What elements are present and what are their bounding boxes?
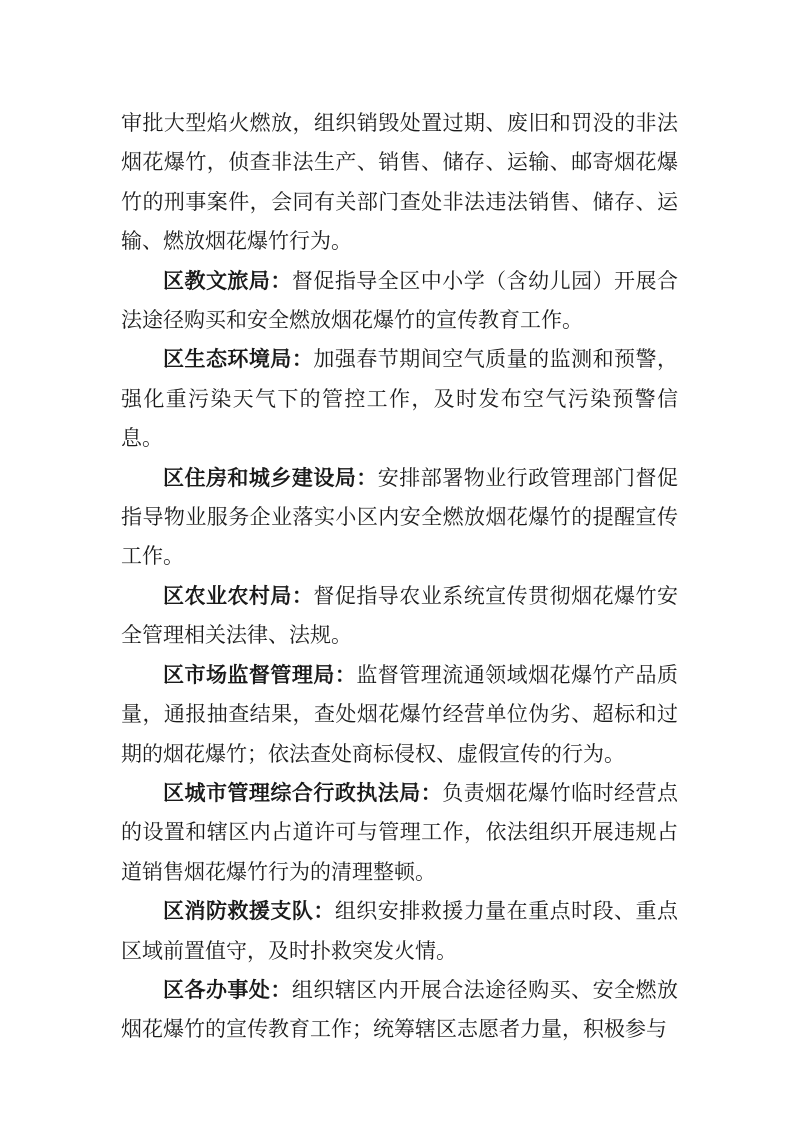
dept-label: 区城市管理综合行政执法局： [163, 781, 442, 805]
paragraph-fire-rescue-brigade: 区消防救援支队：组织安排救援力量在重点时段、重点区域前置值守，及时扑救突发火情。 [121, 892, 678, 971]
dept-label: 区各办事处： [163, 978, 292, 1002]
document-page: 审批大型焰火燃放，组织销毁处置过期、废旧和罚没的非法烟花爆竹，侦查非法生产、销售… [0, 0, 793, 1122]
paragraph-housing-urban-rural-bureau: 区住房和城乡建设局：安排部署物业行政管理部门督促指导物业服务企业落实小区内安全燃… [121, 459, 678, 577]
paragraph-sub-district-offices: 区各办事处：组织辖区内开展合法途径购买、安全燃放烟花爆竹的宣传教育工作；统筹辖区… [121, 971, 678, 1050]
paragraph-text: 审批大型焰火燃放，组织销毁处置过期、废旧和罚没的非法烟花爆竹，侦查非法生产、销售… [121, 111, 678, 253]
dept-label: 区市场监督管理局： [163, 663, 356, 687]
paragraph-urban-management-enforcement-bureau: 区城市管理综合行政执法局：负责烟花爆竹临时经营点的设置和辖区内占道许可与管理工作… [121, 774, 678, 892]
document-body: 审批大型焰火燃放，组织销毁处置过期、废旧和罚没的非法烟花爆竹，侦查非法生产、销售… [121, 104, 678, 1050]
dept-label: 区消防救援支队： [163, 899, 335, 923]
dept-label: 区生态环境局： [163, 347, 313, 371]
paragraph-market-supervision-bureau: 区市场监督管理局：监督管理流通领域烟花爆竹产品质量，通报抽查结果，查处烟花爆竹经… [121, 656, 678, 774]
paragraph-education-culture-tourism-bureau: 区教文旅局：督促指导全区中小学（含幼儿园）开展合法途径购买和安全燃放烟花爆竹的宣… [121, 262, 678, 341]
dept-label: 区住房和城乡建设局： [163, 466, 378, 490]
dept-label: 区农业农村局： [163, 584, 313, 608]
paragraph-ecology-environment-bureau: 区生态环境局：加强春节期间空气质量的监测和预警，强化重污染天气下的管控工作，及时… [121, 340, 678, 458]
paragraph-agriculture-rural-bureau: 区农业农村局：督促指导农业系统宣传贯彻烟花爆竹安全管理相关法律、法规。 [121, 577, 678, 656]
dept-label: 区教文旅局： [163, 269, 292, 293]
paragraph-continuation: 审批大型焰火燃放，组织销毁处置过期、废旧和罚没的非法烟花爆竹，侦查非法生产、销售… [121, 104, 678, 262]
